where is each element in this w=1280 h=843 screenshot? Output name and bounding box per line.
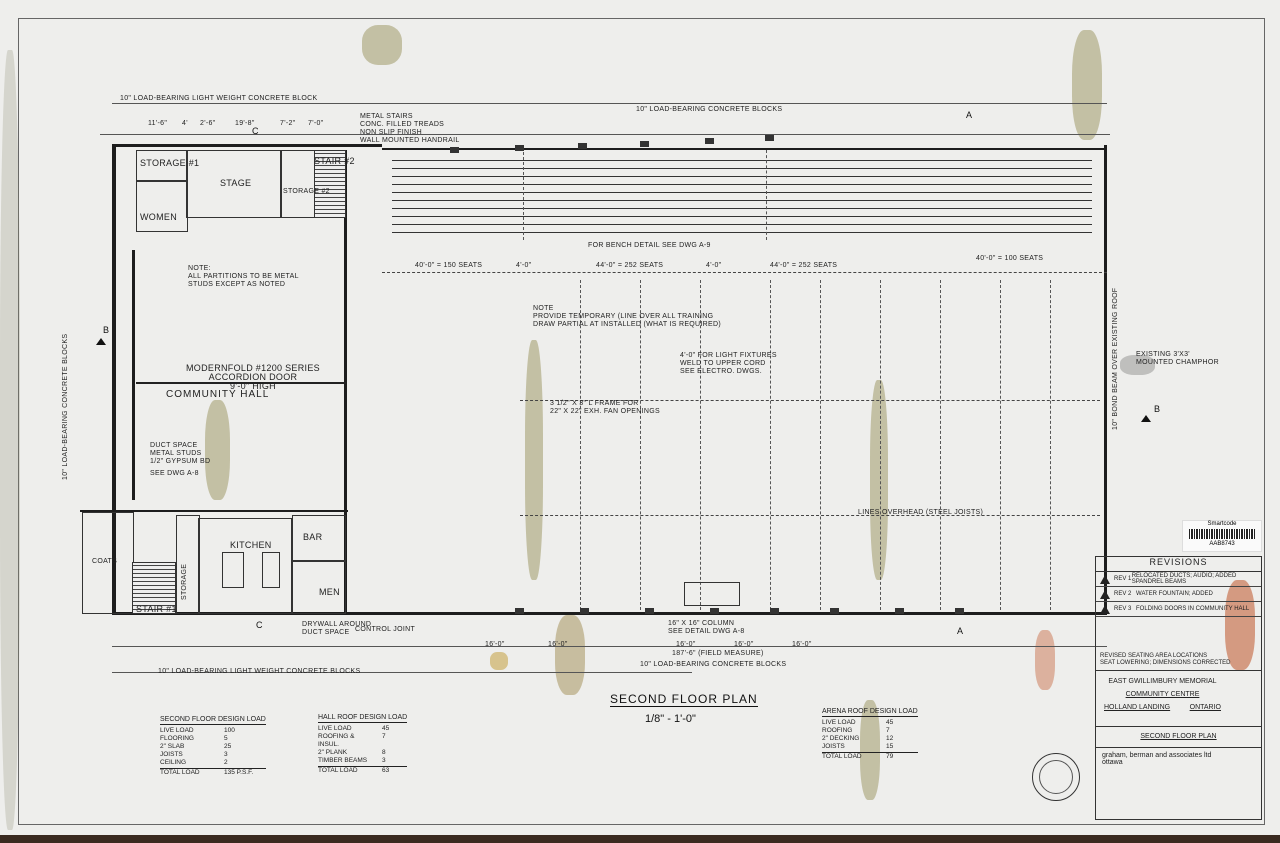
- wall-note-bottom-left: 10" LOAD-BEARING LIGHT WEIGHT CONCRETE B…: [158, 668, 360, 675]
- wall-note-top-right: 10" LOAD-BEARING CONCRETE BLOCKS: [636, 106, 782, 113]
- title-block: REVISIONS REV 1RELOCATED DUCTS; AUDIO; A…: [1095, 556, 1262, 820]
- section-mark-a-bottom: A: [957, 626, 963, 636]
- seating-gap: 4'-0": [706, 262, 721, 269]
- seating-left: 40'-0" = 150 SEATS: [415, 262, 482, 269]
- dim: 4': [182, 120, 188, 127]
- label-storage-1: STORAGE #1: [140, 158, 199, 168]
- dim: 16'-0": [676, 641, 696, 648]
- label-coats: COATS: [92, 558, 117, 565]
- dim: 16'-0": [792, 641, 812, 648]
- folding-door: [136, 382, 346, 384]
- lines-overhead-note: LINES OVERHEAD (STEEL JOISTS): [858, 509, 983, 516]
- wall-note-top: 10" LOAD-BEARING LIGHT WEIGHT CONCRETE B…: [120, 95, 317, 102]
- hall-roof-load-table: HALL ROOF DESIGN LOAD LIVE LOAD45 ROOFIN…: [318, 714, 407, 775]
- seating-boundary: [382, 272, 1107, 273]
- engineer-seal-icon: [1032, 753, 1080, 801]
- folding-door-note: MODERNFOLD #1200 SERIESACCORDION DOOR9'-…: [186, 364, 320, 391]
- section-mark-c-bottom: C: [256, 620, 263, 630]
- partition-note: NOTE:ALL PARTITIONS TO BE METALSTUDS EXC…: [188, 265, 299, 289]
- stain: [362, 25, 402, 65]
- label-bar: BAR: [303, 532, 322, 542]
- light-fixtures-note: 4'-0" FOR LIGHT FIXTURESWELD TO UPPER CO…: [680, 352, 777, 376]
- stair-note: METAL STAIRSCONC. FILLED TREADSNON SLIP …: [360, 113, 460, 145]
- label-community-hall: COMMUNITY HALL: [166, 389, 269, 400]
- exterior-wall-right: [1104, 145, 1107, 615]
- duct-note: DUCT SPACEMETAL STUDS1/2" GYPSUM BD: [150, 442, 210, 466]
- section-mark-a-top: A: [966, 110, 972, 120]
- revision-note: REVISED SEATING AREA LOCATIONSSEAT LOWER…: [1096, 617, 1261, 671]
- barcode-label: Smartcode AAB8743: [1182, 520, 1262, 552]
- interior-wall: [132, 250, 135, 500]
- label-stair-1: STAIR #1: [136, 604, 177, 614]
- stain: [490, 652, 508, 670]
- dimension-line: [112, 103, 1107, 104]
- barcode-icon: [1189, 529, 1255, 539]
- dim: 16'-0": [548, 641, 568, 648]
- firm-name: graham, berman and associates ltd ottawa: [1096, 748, 1261, 770]
- drawing-title: SECOND FLOOR PLAN: [610, 692, 758, 707]
- bench-detail-note: FOR BENCH DETAIL SEE DWG A-9: [588, 242, 711, 249]
- section-arrow-icon: [1141, 415, 1151, 422]
- label-storage-2: STORAGE #2: [283, 188, 330, 195]
- dim: 2'-6": [200, 120, 215, 127]
- dim: 11'-6": [148, 120, 167, 127]
- see-dwg-note: SEE DWG A-8: [150, 470, 199, 477]
- section-mark-c-top: C: [252, 126, 259, 136]
- arena-note: NOTEPROVIDE TEMPORARY (LINE OVER ALL TRA…: [533, 305, 721, 329]
- dim: 7'-0": [308, 120, 323, 127]
- second-floor-load-table: SECOND FLOOR DESIGN LOAD LIVE LOAD100 FL…: [160, 716, 266, 777]
- label-women: WOMEN: [140, 212, 177, 222]
- seating-far-right: 40'-0" = 100 SEATS: [976, 255, 1043, 262]
- stain: [1072, 30, 1102, 140]
- field-measure-note: 187'-6" (FIELD MEASURE): [672, 650, 764, 657]
- section-mark-b-right: B: [1154, 404, 1160, 414]
- room-women: [136, 180, 188, 232]
- revision-triangle-icon: [1100, 605, 1110, 614]
- frame-note: 3 1/2" x 3" L FRAME FOR22" x 22" EXH. FA…: [550, 400, 660, 416]
- revisions-title: REVISIONS: [1096, 557, 1261, 572]
- seating-center: 44'-0" = 252 SEATS: [596, 262, 663, 269]
- seating-gap: 4'-0": [516, 262, 531, 269]
- label-kitchen: KITCHEN: [230, 540, 272, 550]
- dim: 7'-2": [280, 120, 295, 127]
- wall-note-left: 10" LOAD-BEARING CONCRETE BLOCKS: [62, 334, 69, 480]
- room-storage: [176, 515, 200, 614]
- stain: [870, 380, 888, 580]
- project-name: EAST GWILLIMBURY MEMORIAL COMMUNITY CENT…: [1096, 671, 1261, 727]
- label-storage: STORAGE: [181, 564, 188, 600]
- label-stair-2: STAIR #2: [314, 156, 355, 166]
- label-stage: STAGE: [220, 178, 251, 188]
- kitchen-counter: [262, 552, 280, 588]
- dimension-line: [112, 646, 1107, 647]
- kitchen-island: [222, 552, 244, 588]
- stain: [555, 615, 585, 695]
- stain: [1035, 630, 1055, 690]
- section-mark-b-left: B: [103, 325, 109, 335]
- drawing-scale: 1/8" - 1'-0": [645, 713, 696, 725]
- revision-row: REV 2WATER FOUNTAIN; ADDED: [1096, 587, 1261, 602]
- arena-roof-load-table: ARENA ROOF DESIGN LOAD LIVE LOAD45 ROOFI…: [822, 708, 918, 761]
- stain: [0, 50, 20, 830]
- column-detail-note: 16" x 16" COLUMNSEE DETAIL DWG A-8: [668, 620, 745, 636]
- press-box: [684, 582, 740, 606]
- blueprint-sheet: 10" LOAD-BEARING LIGHT WEIGHT CONCRETE B…: [0, 0, 1280, 843]
- seating-right: 44'-0" = 252 SEATS: [770, 262, 837, 269]
- dim: 16'-0": [485, 641, 505, 648]
- wall-note-right: 10" BOND BEAM OVER EXISTING ROOF: [1112, 288, 1119, 430]
- control-joint-note: CONTROL JOINT: [355, 626, 415, 633]
- revision-row: REV 1RELOCATED DUCTS; AUDIO; ADDED SPAND…: [1096, 572, 1261, 587]
- arena-wall-top: [382, 148, 1107, 150]
- dim: 16'-0": [734, 641, 754, 648]
- exterior-wall-top: [112, 144, 382, 147]
- stain: [525, 340, 543, 580]
- section-arrow-icon: [96, 338, 106, 345]
- existing-roof-note: EXISTING 3'x3'MOUNTED CHAMPHOR: [1136, 351, 1219, 367]
- revision-triangle-icon: [1100, 590, 1110, 599]
- room-storage-2: [280, 150, 316, 218]
- revision-row: REV 3FOLDING DOORS IN COMMUNITY HALL: [1096, 602, 1261, 617]
- label-men: MEN: [319, 587, 340, 597]
- revision-triangle-icon: [1100, 575, 1110, 584]
- wall-note-bottom-right: 10" LOAD-BEARING CONCRETE BLOCKS: [640, 661, 786, 668]
- sheet-title: SECOND FLOOR PLAN: [1096, 727, 1261, 748]
